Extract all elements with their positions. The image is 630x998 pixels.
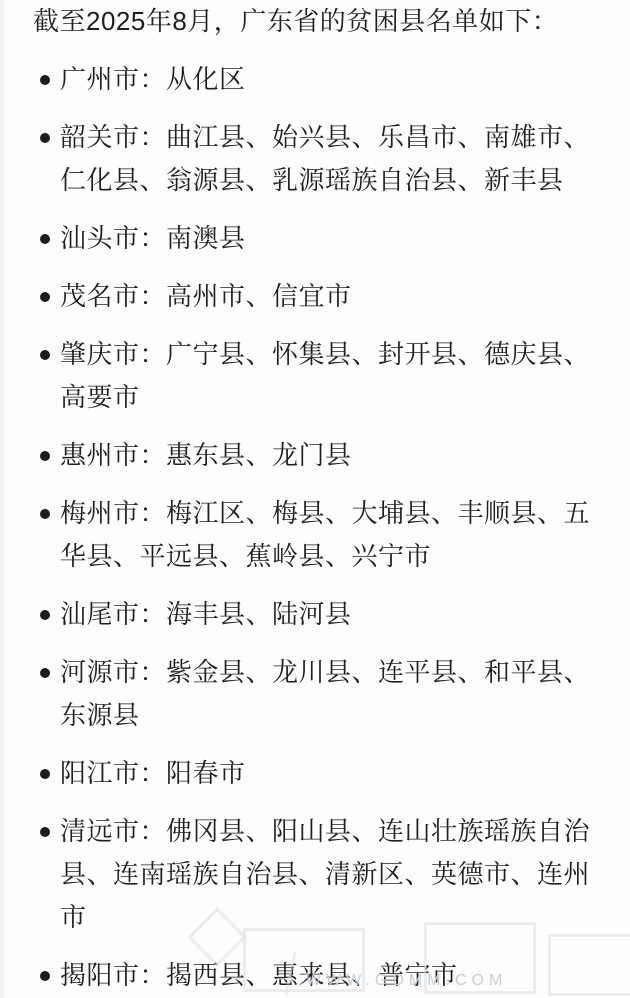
list-item: 河源市：紫金县、龙川县、连平县、和平县、东源县	[33, 651, 608, 737]
city-label: 韶关市：	[60, 122, 166, 152]
county-names: 揭西县、惠来县、普宁市	[166, 960, 458, 990]
bullet-icon	[40, 971, 50, 981]
list-item: 清远市：佛冈县、阳山县、连山壮族瑶族自治县、连南瑶族自治县、清新区、英德市、连州…	[33, 810, 608, 939]
bullet-icon	[40, 292, 50, 302]
intro-text: 截至2025年8月，广东省的贫困县名单如下：	[0, 0, 630, 43]
county-names: 南澳县	[166, 223, 246, 253]
left-edge-strip	[0, 0, 4, 998]
bullet-icon	[40, 451, 50, 461]
list-item: 茂名市：高州市、信宜市	[33, 275, 608, 318]
poverty-county-list: 广州市：从化区 韶关市：曲江县、始兴县、乐昌市、南雄市、仁化县、翁源县、乳源瑶族…	[0, 58, 630, 997]
bullet-icon	[40, 509, 50, 519]
city-label: 梅州市：	[60, 498, 166, 528]
list-item: 揭阳市：揭西县、惠来县、普宁市	[33, 954, 608, 997]
list-item: 广州市：从化区	[33, 58, 608, 101]
city-label: 广州市：	[60, 64, 166, 94]
list-item: 肇庆市：广宁县、怀集县、封开县、德庆县、高要市	[33, 333, 608, 419]
city-label: 清远市：	[60, 816, 166, 846]
city-label: 河源市：	[60, 657, 166, 687]
city-label: 汕尾市：	[60, 599, 166, 629]
bullet-icon	[40, 350, 50, 360]
list-item: 惠州市：惠东县、龙门县	[33, 434, 608, 477]
list-item: 汕尾市：海丰县、陆河县	[33, 593, 608, 636]
bullet-icon	[40, 668, 50, 678]
county-names: 阳春市	[166, 758, 246, 788]
county-names: 海丰县、陆河县	[166, 599, 352, 629]
list-item: 韶关市：曲江县、始兴县、乐昌市、南雄市、仁化县、翁源县、乳源瑶族自治县、新丰县	[33, 116, 608, 202]
document-page: 截至2025年8月，广东省的贫困县名单如下： 广州市：从化区 韶关市：曲江县、始…	[0, 0, 630, 998]
city-label: 惠州市：	[60, 440, 166, 470]
bullet-icon	[40, 827, 50, 837]
city-label: 揭阳市：	[60, 960, 166, 990]
bullet-icon	[40, 75, 50, 85]
city-label: 汕头市：	[60, 223, 166, 253]
bullet-icon	[40, 234, 50, 244]
county-names: 惠东县、龙门县	[166, 440, 352, 470]
county-names: 从化区	[166, 64, 246, 94]
bullet-icon	[40, 133, 50, 143]
list-item: 阳江市：阳春市	[33, 752, 608, 795]
city-label: 阳江市：	[60, 758, 166, 788]
list-item: 汕头市：南澳县	[33, 217, 608, 260]
city-label: 茂名市：	[60, 281, 166, 311]
county-names: 高州市、信宜市	[166, 281, 352, 311]
list-item: 梅州市：梅江区、梅县、大埔县、丰顺县、五华县、平远县、蕉岭县、兴宁市	[33, 492, 608, 578]
bullet-icon	[40, 610, 50, 620]
city-label: 肇庆市：	[60, 339, 166, 369]
bullet-icon	[40, 769, 50, 779]
